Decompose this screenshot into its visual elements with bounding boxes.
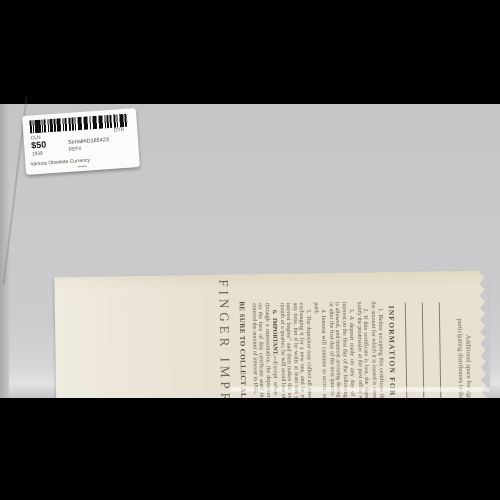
label-smudge-mark — [78, 166, 87, 168]
label-denomination: $50 — [31, 139, 47, 150]
letterbox-top — [0, 0, 500, 104]
label-serial-number: Serial#ID185423 — [68, 137, 109, 146]
dealer-barcode-label: DTR CLN $50 1939 Serial#ID185423 REF# Va… — [22, 108, 140, 175]
paragraph-6-lead: 6. IMPORTANT.— — [270, 310, 277, 362]
label-ref-number: REF# — [68, 146, 81, 153]
label-year: 1939 — [32, 151, 44, 158]
photo-of-certificate: Additional space for signatures of parti… — [0, 0, 500, 500]
letterbox-bottom — [0, 398, 500, 500]
sleeve-gloss-highlight — [230, 387, 490, 392]
barcode-code: DTR — [114, 127, 125, 134]
